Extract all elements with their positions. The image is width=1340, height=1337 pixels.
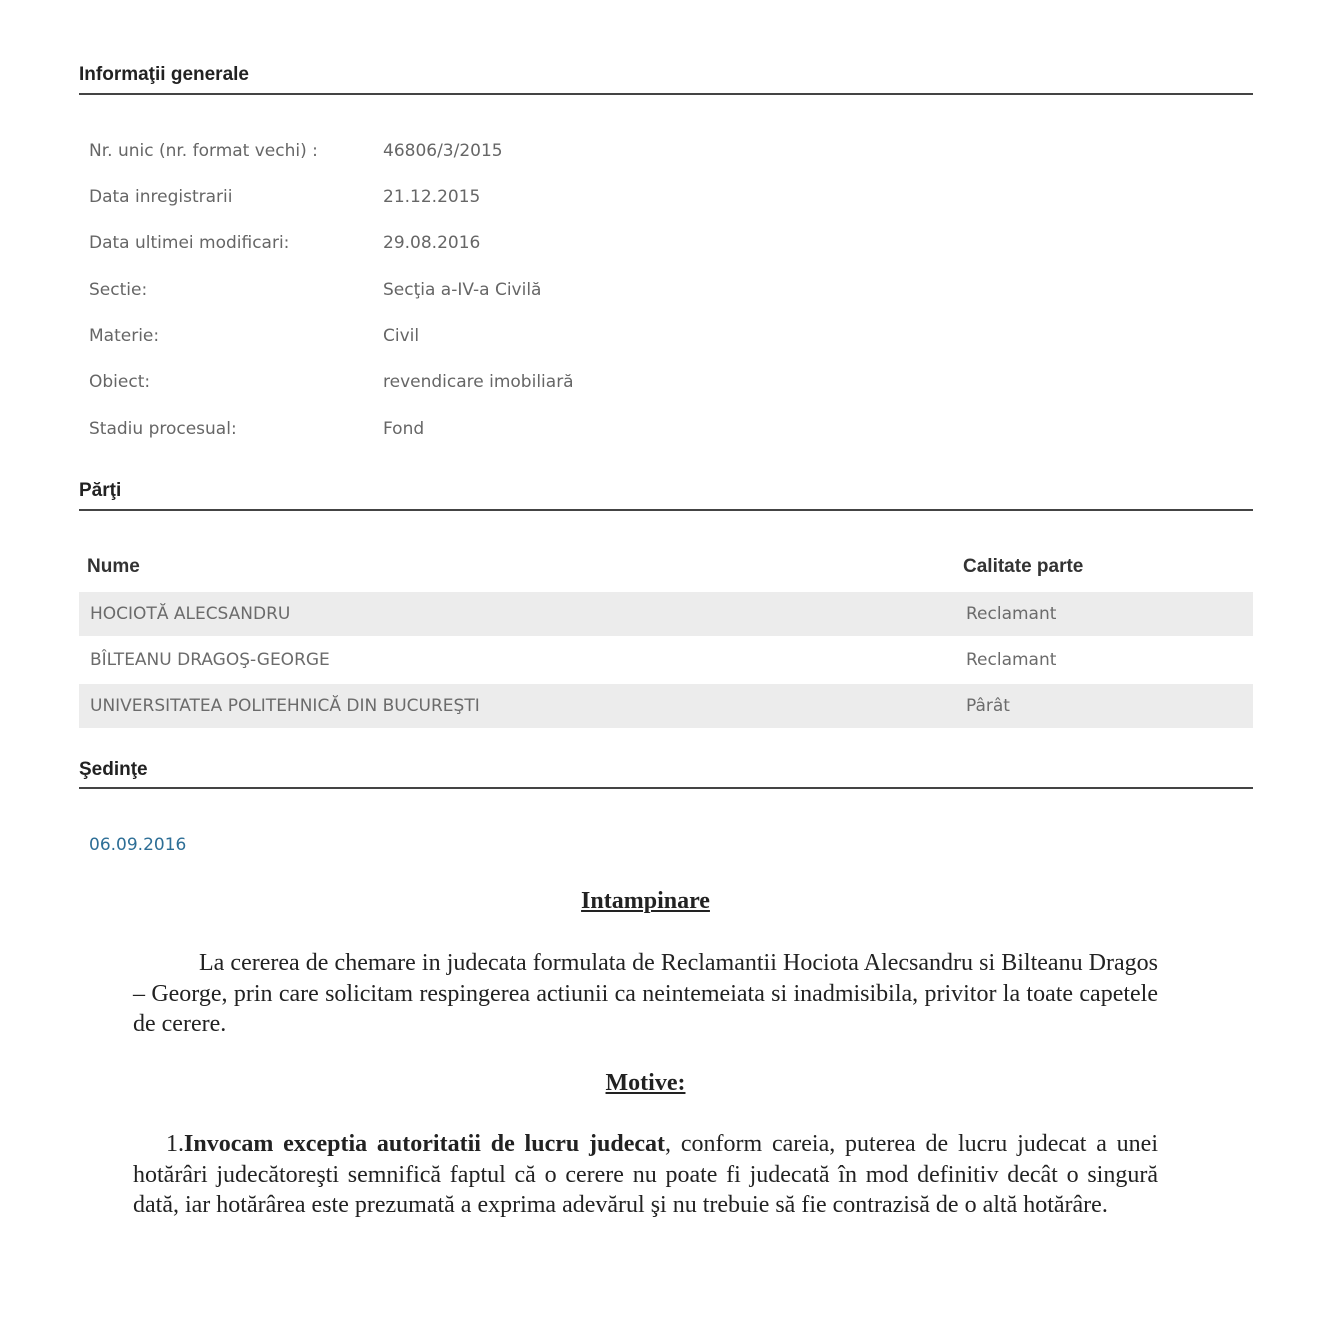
section-title-parties: Părţi <box>79 480 121 502</box>
motive-bold-text: Invocam exceptia autoritatii de lucru ju… <box>184 1131 665 1157</box>
motive-number: 1. <box>166 1131 184 1157</box>
column-header-name: Nume <box>87 556 140 578</box>
motive-paragraph-1: 1.Invocam exceptia autoritatii de lucru … <box>133 1129 1158 1221</box>
document-heading: Intampinare <box>133 886 1158 917</box>
motives-heading: Motive: <box>133 1068 1158 1099</box>
document-intro-paragraph: La cererea de chemare in judecata formul… <box>133 948 1158 1040</box>
document-excerpt: Intampinare La cererea de chemare in jud… <box>133 0 1158 1337</box>
intro-text: La cererea de chemare in judecata formul… <box>133 950 1158 1037</box>
